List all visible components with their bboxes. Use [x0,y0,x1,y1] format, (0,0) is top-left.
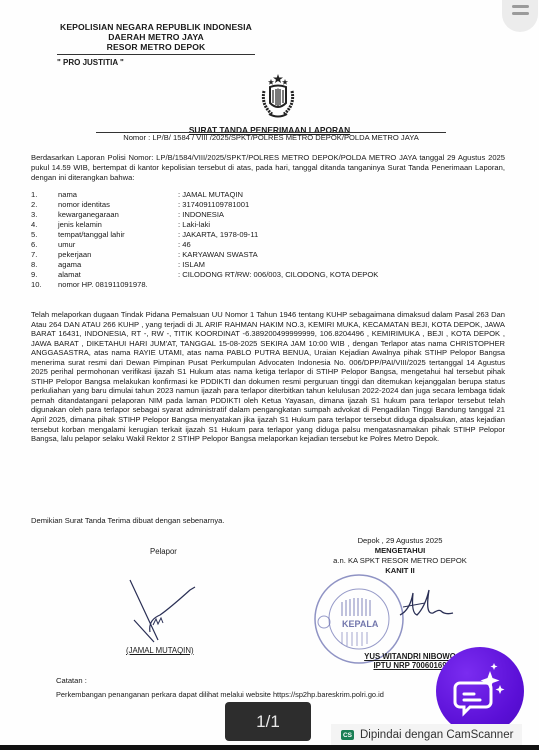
mengetahui-label: MENGETAHUI [305,546,495,556]
identity-value: : CILODONG RT/RW: 006/003, CILODONG, KOT… [178,270,501,280]
letterhead-line2: DAERAH METRO JAYA [57,32,255,42]
document-number: Nomor : LP/B/ 1584 / VIII /2025/SPKT/POL… [96,132,446,142]
reporter-name: (JAMAL MUTAQIN) [126,646,194,655]
identity-key: kewarganegaraan [58,210,178,220]
reporter-label: Pelapor [150,547,177,556]
identity-key: nama [58,190,178,200]
identity-value [148,280,501,290]
place-date: Depok , 29 Agustus 2025 [305,536,495,546]
identity-row: 1.nama: JAMAL MUTAQIN [31,190,501,200]
identity-key: agama [58,260,178,270]
identity-no: 6. [31,240,58,250]
camscanner-logo-icon: CS [341,730,354,740]
identity-value: : ISLAM [178,260,501,270]
letterhead-line3: RESOR METRO DEPOK [57,42,255,52]
ai-assistant-button[interactable] [436,647,524,735]
identity-row: 7.pekerjaan: KARYAWAN SWASTA [31,250,501,260]
identity-row: 6.umur: 46 [31,240,501,250]
identity-no: 5. [31,230,58,240]
svg-text:KEPALA: KEPALA [342,619,379,629]
identity-key: jenis kelamin [58,220,178,230]
police-crest-icon [258,73,298,121]
identity-row: 9.alamat: CILODONG RT/RW: 006/003, CILOD… [31,270,501,280]
letterhead: KEPOLISIAN NEGARA REPUBLIK INDONESIA DAE… [57,22,255,52]
identity-no: 7. [31,250,58,260]
identity-key: pekerjaan [58,250,178,260]
identity-no: 8. [31,260,58,270]
identity-no: 10. [31,280,58,290]
identity-key: nomor HP. 081911091978. [58,280,148,290]
note-text: Perkembangan penanganan perkara dapat di… [56,690,456,699]
report-body: Telah melaporkan dugaan Tindak Pidana Pe… [31,310,505,444]
identity-row: 4.jenis kelamin: Laki-laki [31,220,501,230]
identity-key: umur [58,240,178,250]
identity-row: 8.agama: ISLAM [31,260,501,270]
authority-line: a.n. KA SPKT RESOR METRO DEPOK [305,556,495,566]
identity-value: : INDONESIA [178,210,501,220]
camscanner-watermark: CS Dipindai dengan CamScanner [331,724,522,746]
identity-key: nomor identitas [58,200,178,210]
identity-key: tempat/tanggal lahir [58,230,178,240]
bottom-edge [0,745,539,750]
letterhead-line1: KEPOLISIAN NEGARA REPUBLIK INDONESIA [57,22,255,32]
ai-chat-sparkle-icon [450,661,510,721]
pro-justitia: " PRO JUSTITIA " [57,58,124,67]
receiver-block: Depok , 29 Agustus 2025 MENGETAHUI a.n. … [305,536,495,576]
identity-value: : JAKARTA, 1978-09-11 [178,230,501,240]
note-label: Catatan : [56,676,87,685]
reporter-signature-icon [120,560,210,650]
identity-value: : KARYAWAN SWASTA [178,250,501,260]
identity-value: : 46 [178,240,501,250]
identity-row: 10.nomor HP. 081911091978. [31,280,501,290]
page-indicator: 1/1 [225,702,311,741]
identity-no: 9. [31,270,58,280]
identity-value: : Laki-laki [178,220,501,230]
identity-row: 2.nomor identitas: 3174091109781001 [31,200,501,210]
identity-value: : 3174091109781001 [178,200,501,210]
officer-signature-icon [395,585,460,625]
letterhead-divider [57,54,255,55]
identity-key: alamat [58,270,178,280]
identity-no: 1. [31,190,58,200]
identity-no: 2. [31,200,58,210]
identity-no: 4. [31,220,58,230]
identity-row: 3.kewarganegaraan: INDONESIA [31,210,501,220]
identity-row: 5.tempat/tanggal lahir: JAKARTA, 1978-09… [31,230,501,240]
scanned-document: KEPOLISIAN NEGARA REPUBLIK INDONESIA DAE… [0,0,539,744]
identity-value: : JAMAL MUTAQIN [178,190,501,200]
watermark-text: Dipindai dengan CamScanner [360,729,513,741]
closing-statement: Demikian Surat Tanda Terima dibuat denga… [31,516,224,525]
identity-no: 3. [31,210,58,220]
identity-list: 1.nama: JAMAL MUTAQIN2.nomor identitas: … [31,190,501,290]
intro-paragraph: Berdasarkan Laporan Polisi Nomor: LP/B/1… [31,153,505,182]
